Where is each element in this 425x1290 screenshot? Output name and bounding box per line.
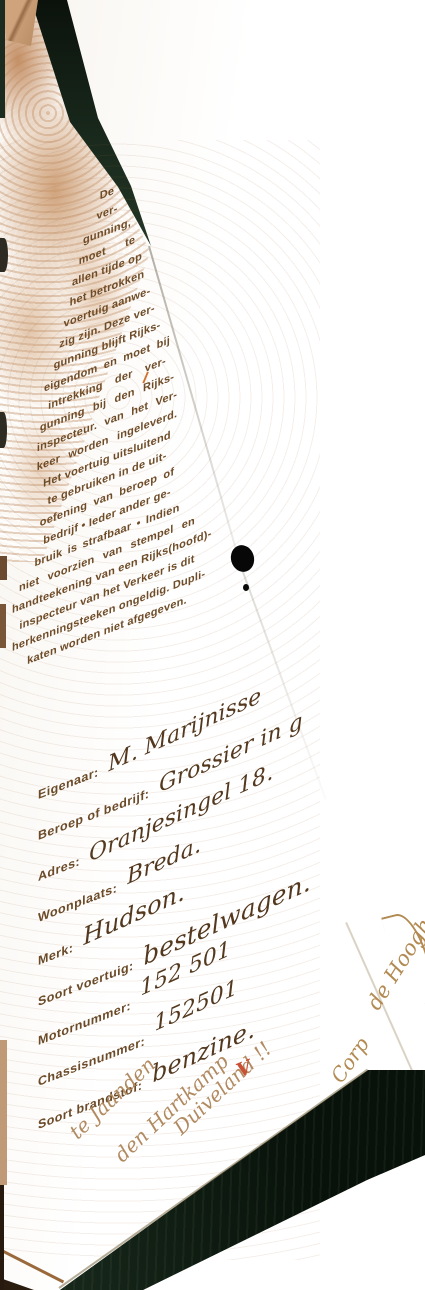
edge-mark <box>0 604 6 648</box>
edge-mark <box>0 556 7 580</box>
ink-dot <box>243 584 249 591</box>
permit-content: De ver- gunning, moet te allen tijde op … <box>20 27 340 1149</box>
edge-mark <box>0 0 5 118</box>
photographed-permit-document: De ver- gunning, moet te allen tijde op … <box>0 0 425 1290</box>
field-label: Merk: <box>38 941 73 969</box>
field-label: Adres: <box>38 854 80 884</box>
edge-mark <box>0 1185 4 1290</box>
edge-mark <box>0 1040 7 1185</box>
edge-mark <box>0 238 8 272</box>
printed-notice-block: De ver- gunning, moet te allen tijde op … <box>12 148 202 677</box>
edge-mark <box>0 412 7 448</box>
